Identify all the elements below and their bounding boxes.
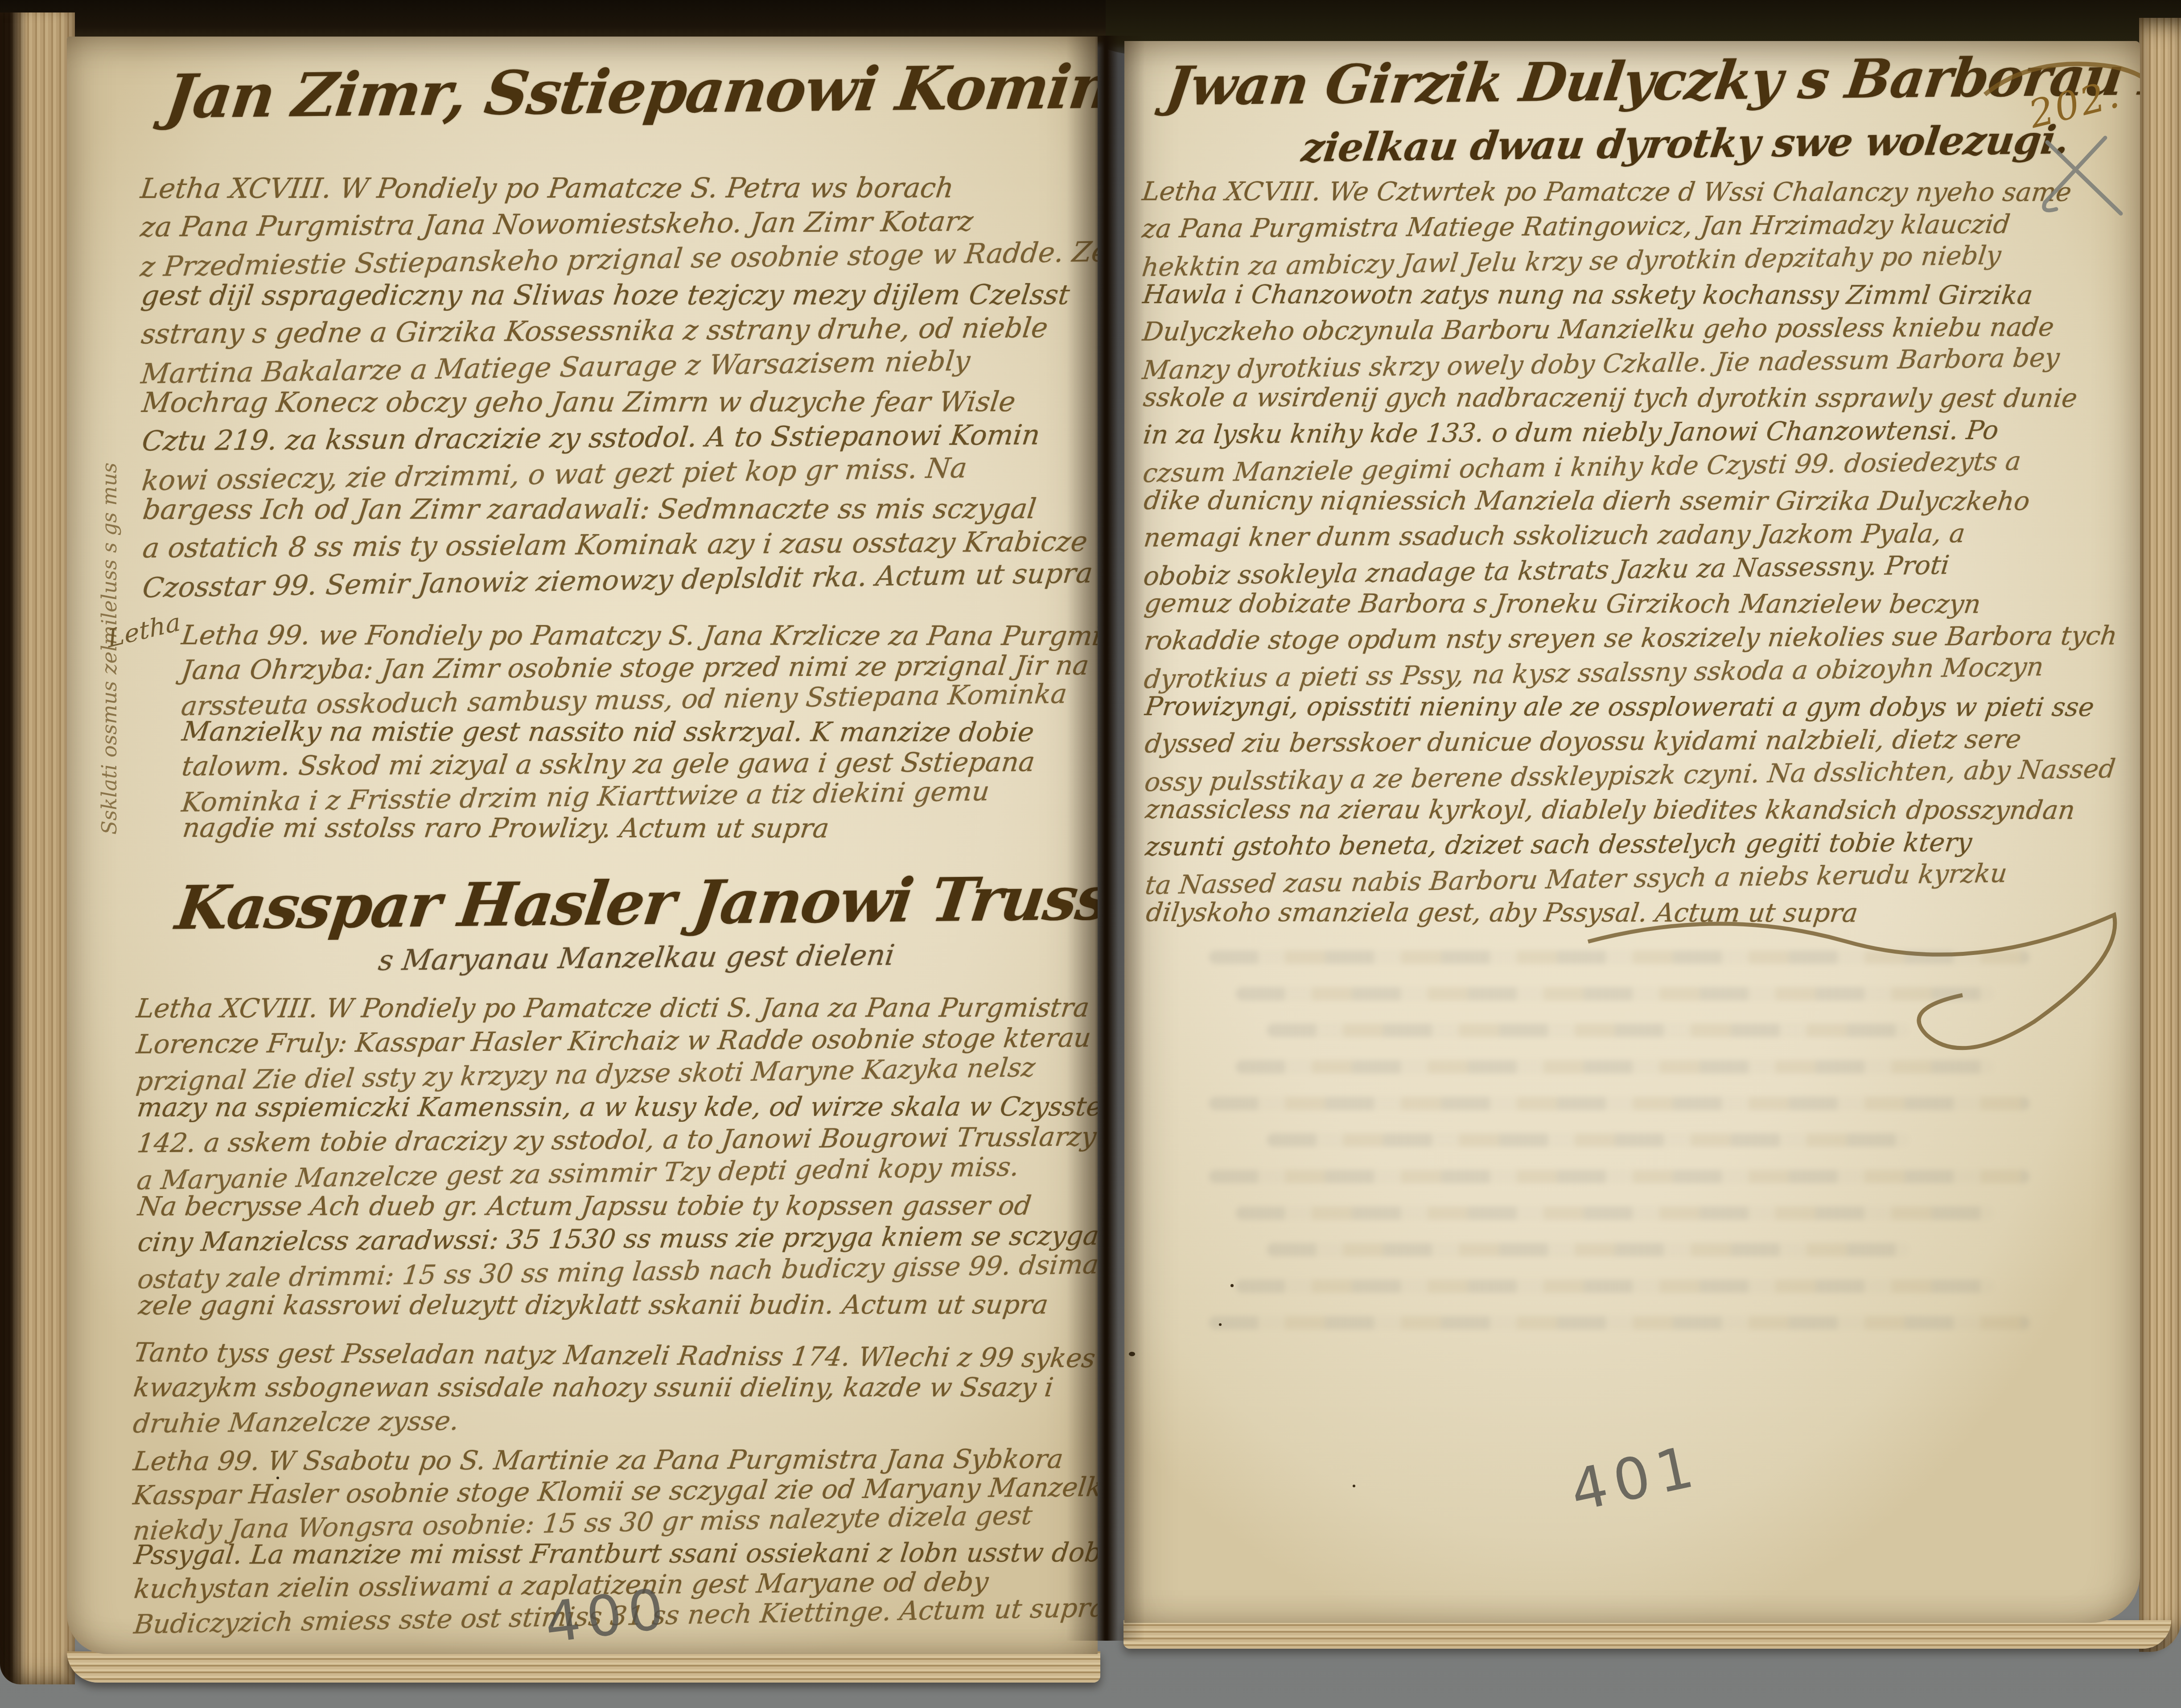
show-through-line: [1236, 987, 1994, 1000]
left-margin-vertical-note: Ssklati ossmus zelmileluss s gs mus: [97, 442, 121, 835]
handwriting-line: Letha XCVIII. We Cztwrtek po Pamatcze d …: [1140, 174, 2116, 210]
handwriting-line: gemuz dobizate Barbora s Jroneku Girziko…: [1143, 586, 2118, 621]
show-through-line: [1209, 951, 2029, 964]
show-through-line: [1209, 1316, 2029, 1329]
left-entry2-heading: Kasspar Hasler Janowi Trusslarzi: [172, 861, 1098, 943]
right-page: Jwan Girzik Dulyczky s Barborau Man, zie…: [1124, 41, 2140, 1623]
left-fore-edge-page-stack: [0, 12, 75, 1684]
paper-speck: [1219, 1323, 1222, 1326]
handwriting-line: kwazykm ssbognewan ssisdale nahozy ssuni…: [132, 1371, 1086, 1403]
show-through-line: [1267, 1243, 1909, 1256]
show-through-line: [1209, 1170, 2029, 1183]
handwriting-line: znassicless na zierau kyrkoyl, diablely …: [1144, 792, 2119, 827]
handwriting-line: Na becrysse Ach dueb gr. Actum Japssu to…: [136, 1189, 1089, 1223]
pencil-x-mark-icon: [2038, 136, 2128, 229]
book-gutter-shadow: [1066, 36, 1145, 1641]
handwriting-line: Tanto tyss gest Psseladan natyz Manzeli …: [132, 1336, 1085, 1374]
handwriting-line: bargess Ich od Jan Zimr zaradawali: Sedm…: [141, 491, 1090, 527]
paper-speck: [276, 1477, 279, 1479]
handwriting-line: nagdie mi sstolss raro Prowlizy. Actum u…: [181, 812, 1093, 845]
show-through-line: [1209, 1097, 2029, 1110]
handwriting-line: Manzielky na mistie gest nassito nid ssk…: [180, 716, 1093, 749]
handwriting-line: Pssygal. La manzize mi misst Frantburt s…: [132, 1537, 1090, 1571]
left-entry2-subheading: s Maryanau Manzelkau gest dieleni: [376, 939, 897, 977]
handwriting-line: dike dunicny niqniessich Manziela dierh …: [1142, 483, 2117, 519]
bottom-page-stack-right: [1123, 1620, 2171, 1649]
handwriting-line: sskole a wsirdenij gych nadbraczenij tyc…: [1141, 380, 2117, 416]
handwriting-line: zele gagni kassrowi deluzytt dizyklatt s…: [137, 1288, 1090, 1322]
show-through-line: [1236, 1060, 1994, 1074]
left-page: Jan Zimr, Sstiepanowi Komintowj Letha XC…: [67, 37, 1098, 1654]
right-entry-heading-line2: zielkau dwau dyrotky swe wolezugi.: [1299, 116, 2072, 171]
left-entry2-paragraph1: Letha XCVIII. W Pondiely po Pamatcze dic…: [136, 988, 1088, 1325]
manuscript-photo: Jan Zimr, Sstiepanowi Komintowj Letha XC…: [0, 0, 2181, 1708]
right-entry-paragraph1: Letha XCVIII. We Cztwrtek po Pamatcze d …: [1142, 172, 2118, 932]
show-through-line: [1267, 1133, 1909, 1147]
handwriting-line: gest dijl sspragediczny na Sliwas hoze t…: [140, 277, 1088, 313]
bottom-page-stack-left: [67, 1651, 1100, 1683]
handwriting-line: mazy na sspiemiczki Kamenssin, a w kusy …: [136, 1090, 1088, 1124]
handwriting-line: Letha XCVIII. W Pondiely po Pamatcze S. …: [139, 170, 1087, 206]
show-through-line: [1267, 1024, 1909, 1037]
verso-show-through: [1209, 951, 2101, 1353]
right-pencil-folio-401: 401: [1565, 1432, 1706, 1525]
handwriting-line: druhie Manzelcze zysse.: [132, 1399, 1086, 1440]
paper-speck: [1230, 1284, 1234, 1287]
handwriting-line: Letha 99. we Fondiely po Pamatczy S. Jan…: [180, 619, 1092, 652]
handwriting-line: Prowizyngi, opisstiti nieniny ale ze oss…: [1143, 689, 2119, 724]
paper-speck: [1353, 1485, 1355, 1487]
left-entry1-heading: Jan Zimr, Sstiepanowi Komintowj: [162, 49, 1098, 132]
left-entry2-paragraph2: Tanto tyss gest Psseladan natyz Manzeli …: [134, 1339, 1083, 1436]
handwriting-line: Letha 99. W Ssabotu po S. Martinie za Pa…: [132, 1443, 1089, 1477]
left-entry1-paragraph2: Letha 99. we Fondiely po Pamatczy S. Jan…: [181, 617, 1092, 847]
show-through-line: [1236, 1280, 1994, 1293]
right-fore-edge-page-stack: [2139, 18, 2181, 1652]
left-entry1-paragraph1: Letha XCVIII. W Pondiely po Pamatcze S. …: [140, 167, 1089, 602]
handwriting-line: Hawla i Chanzowotn zatys nung na sskety …: [1141, 277, 2116, 313]
show-through-line: [1236, 1206, 1994, 1220]
handwriting-line: Mochrag Konecz obczy geho Janu Zimrn w d…: [140, 384, 1089, 420]
handwriting-line: Letha XCVIII. W Pondiely po Pamatcze dic…: [135, 991, 1087, 1025]
